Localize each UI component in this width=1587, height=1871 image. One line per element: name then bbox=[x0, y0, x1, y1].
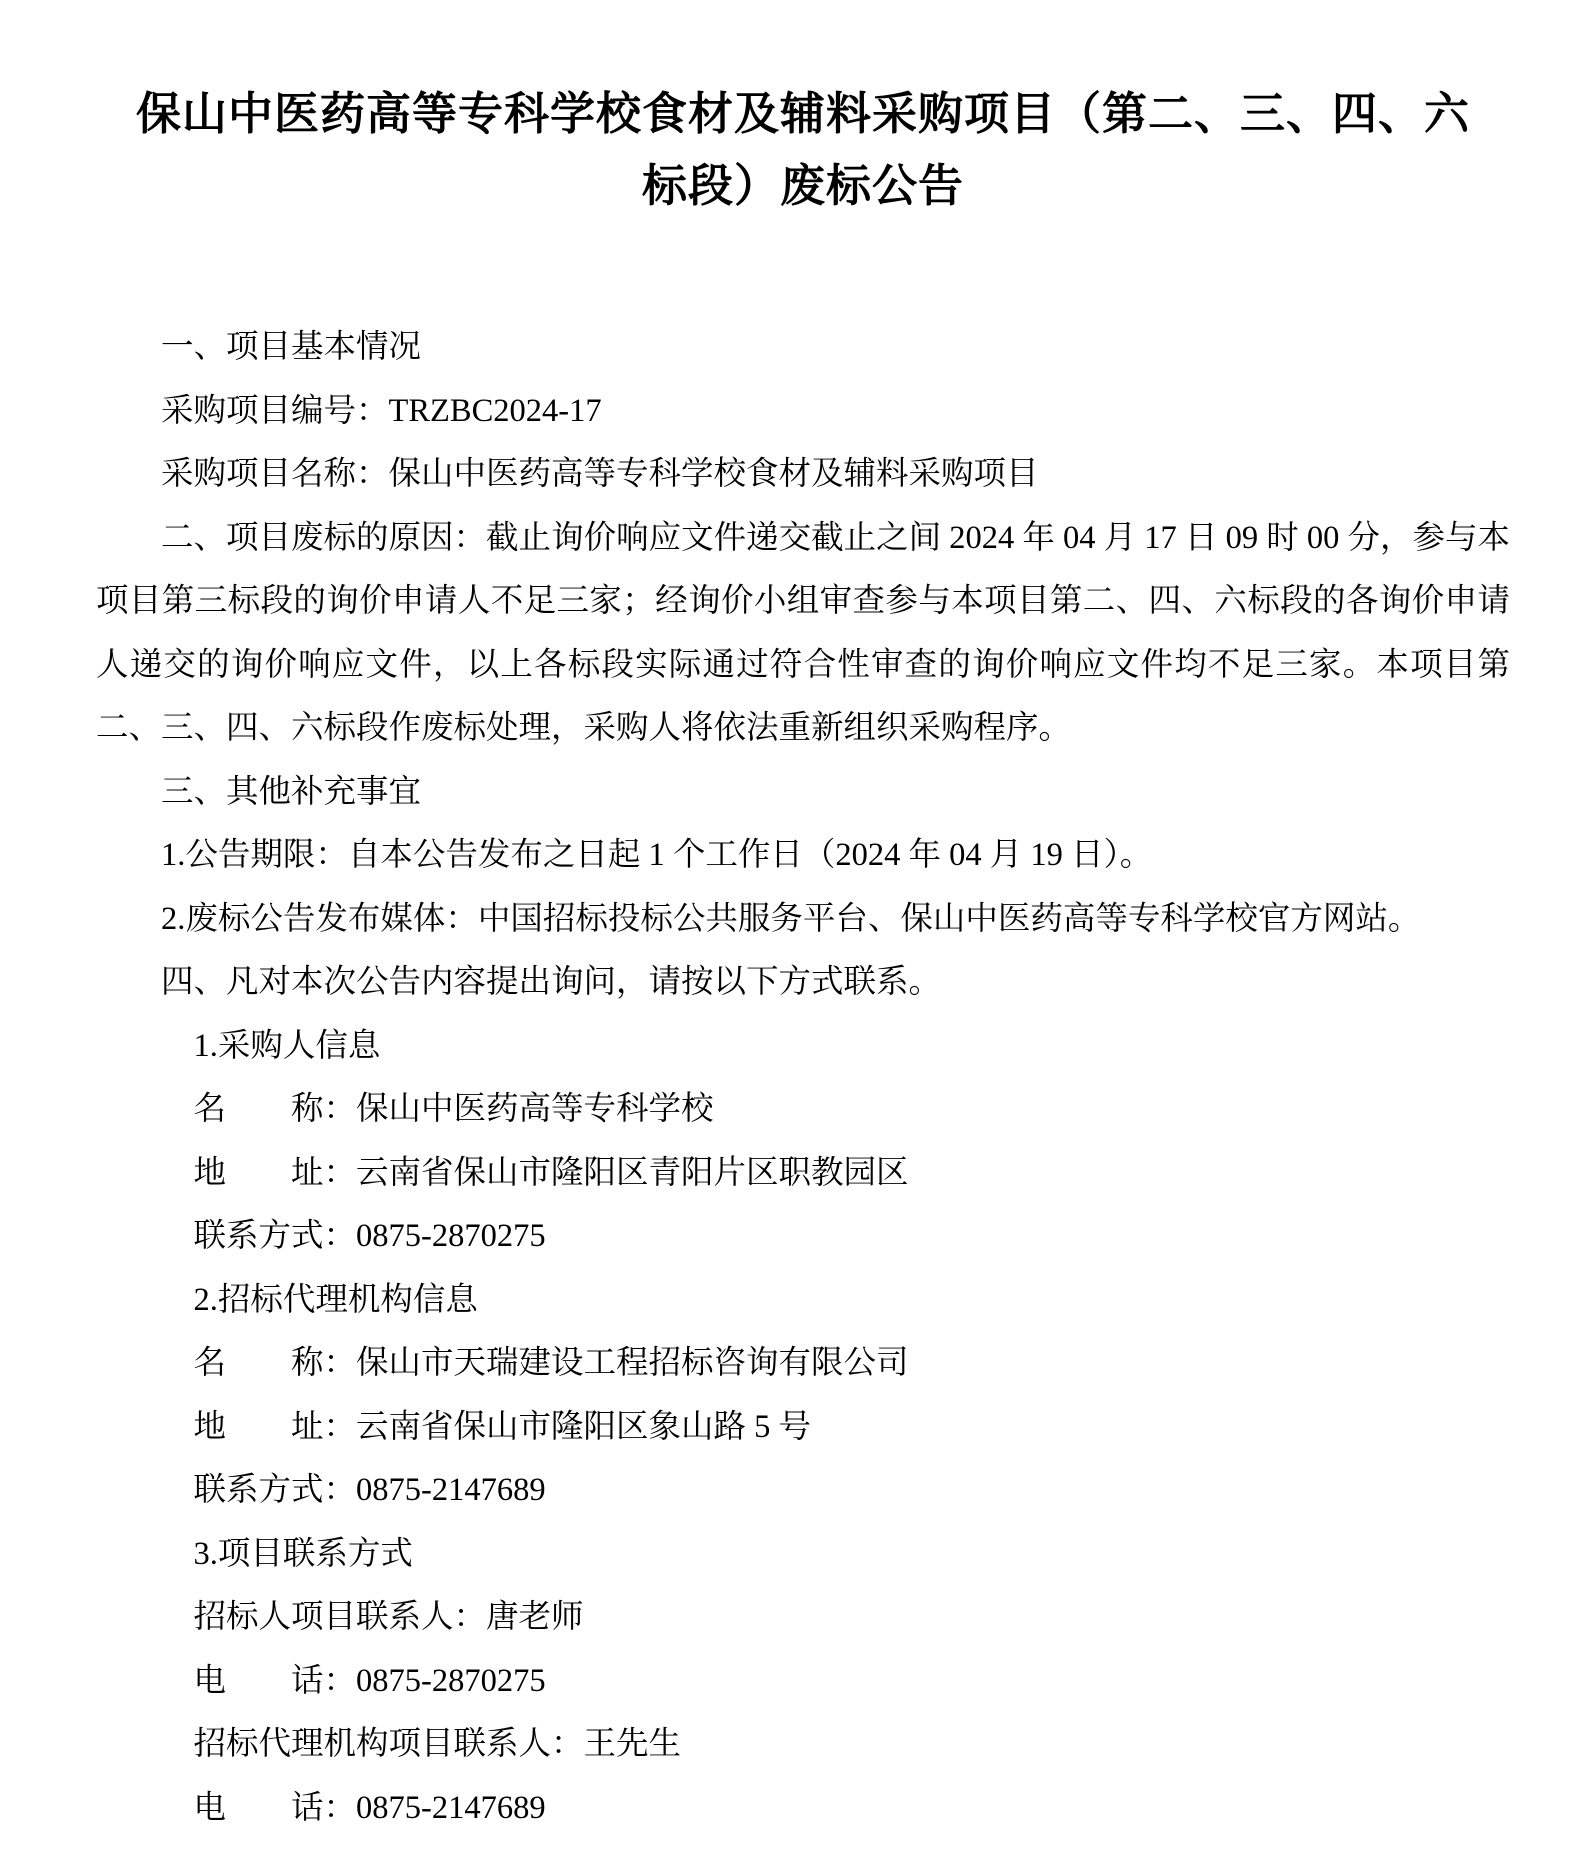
purchaser-contact-value: 0875-2870275 bbox=[356, 1218, 546, 1254]
agency-phone-line: 电 话：0875-2147689 bbox=[96, 1777, 1510, 1841]
agency-address-line: 地 址：云南省保山市隆阳区象山路 5 号 bbox=[96, 1396, 1510, 1460]
tenderer-phone-value: 0875-2870275 bbox=[356, 1663, 546, 1699]
purchaser-name-label: 名 称： bbox=[194, 1091, 357, 1127]
supplementary-item-period: 1.公告期限：自本公告发布之日起 1 个工作日（2024 年 04 月 19 日… bbox=[96, 824, 1510, 888]
document-body: 一、项目基本情况 采购项目编号：TRZBC2024-17 采购项目名称：保山中医… bbox=[96, 316, 1510, 1840]
tenderer-phone-label: 电 话： bbox=[194, 1663, 357, 1699]
agency-contact-value: 0875-2147689 bbox=[356, 1472, 546, 1508]
agency-contact-label: 联系方式： bbox=[194, 1472, 357, 1508]
agency-phone-value: 0875-2147689 bbox=[356, 1790, 546, 1826]
agency-contact-person-value: 王先生 bbox=[584, 1726, 682, 1762]
basic-info-heading: 一、项目基本情况 bbox=[96, 316, 1510, 380]
purchaser-address-value: 云南省保山市隆阳区青阳片区职教园区 bbox=[356, 1155, 909, 1191]
purchaser-contact-line: 联系方式：0875-2870275 bbox=[96, 1205, 1510, 1269]
project-name-line: 采购项目名称：保山中医药高等专科学校食材及辅料采购项目 bbox=[96, 443, 1510, 507]
agency-contact-line: 联系方式：0875-2147689 bbox=[96, 1459, 1510, 1523]
supplementary-heading: 三、其他补充事宜 bbox=[96, 761, 1510, 825]
agency-heading: 2.招标代理机构信息 bbox=[96, 1269, 1510, 1333]
agency-name-line: 名 称：保山市天瑞建设工程招标咨询有限公司 bbox=[96, 1332, 1510, 1396]
project-contact-heading: 3.项目联系方式 bbox=[96, 1523, 1510, 1587]
project-number-label: 采购项目编号： bbox=[161, 393, 389, 429]
project-name-value: 保山中医药高等专科学校食材及辅料采购项目 bbox=[389, 456, 1039, 492]
document-title: 保山中医药高等专科学校食材及辅料采购项目（第二、三、四、六 标段）废标公告 bbox=[96, 78, 1510, 222]
purchaser-address-line: 地 址：云南省保山市隆阳区青阳片区职教园区 bbox=[96, 1142, 1510, 1206]
agency-address-label: 地 址： bbox=[194, 1409, 357, 1445]
document-title-line2: 标段）废标公告 bbox=[96, 150, 1510, 222]
agency-name-value: 保山市天瑞建设工程招标咨询有限公司 bbox=[356, 1345, 909, 1381]
agency-contact-person-line: 招标代理机构项目联系人：王先生 bbox=[96, 1713, 1510, 1777]
tenderer-contact-value: 唐老师 bbox=[486, 1599, 584, 1635]
purchaser-heading: 1.采购人信息 bbox=[96, 1015, 1510, 1079]
agency-phone-label: 电 话： bbox=[194, 1790, 357, 1826]
tenderer-contact-label: 招标人项目联系人： bbox=[194, 1599, 487, 1635]
tenderer-contact-line: 招标人项目联系人：唐老师 bbox=[96, 1586, 1510, 1650]
purchaser-contact-label: 联系方式： bbox=[194, 1218, 357, 1254]
agency-name-label: 名 称： bbox=[194, 1345, 357, 1381]
project-number-value: TRZBC2024-17 bbox=[389, 393, 602, 429]
project-number-line: 采购项目编号：TRZBC2024-17 bbox=[96, 380, 1510, 444]
supplementary-item-media: 2.废标公告发布媒体：中国招标投标公共服务平台、保山中医药高等专科学校官方网站。 bbox=[96, 888, 1510, 952]
project-name-label: 采购项目名称： bbox=[161, 456, 389, 492]
purchaser-name-value: 保山中医药高等专科学校 bbox=[356, 1091, 714, 1127]
document-title-line1: 保山中医药高等专科学校食材及辅料采购项目（第二、三、四、六 bbox=[96, 78, 1510, 150]
purchaser-address-label: 地 址： bbox=[194, 1155, 357, 1191]
inquiry-heading: 四、凡对本次公告内容提出询问，请按以下方式联系。 bbox=[96, 951, 1510, 1015]
agency-contact-person-label: 招标代理机构项目联系人： bbox=[194, 1726, 584, 1762]
announcement-document: 保山中医药高等专科学校食材及辅料采购项目（第二、三、四、六 标段）废标公告 一、… bbox=[0, 0, 1587, 1871]
purchaser-name-line: 名 称：保山中医药高等专科学校 bbox=[96, 1078, 1510, 1142]
cancellation-reason-paragraph: 二、项目废标的原因：截止询价响应文件递交截止之间 2024 年 04 月 17 … bbox=[96, 507, 1510, 761]
tenderer-phone-line: 电 话：0875-2870275 bbox=[96, 1650, 1510, 1714]
agency-address-value: 云南省保山市隆阳区象山路 5 号 bbox=[356, 1409, 811, 1445]
